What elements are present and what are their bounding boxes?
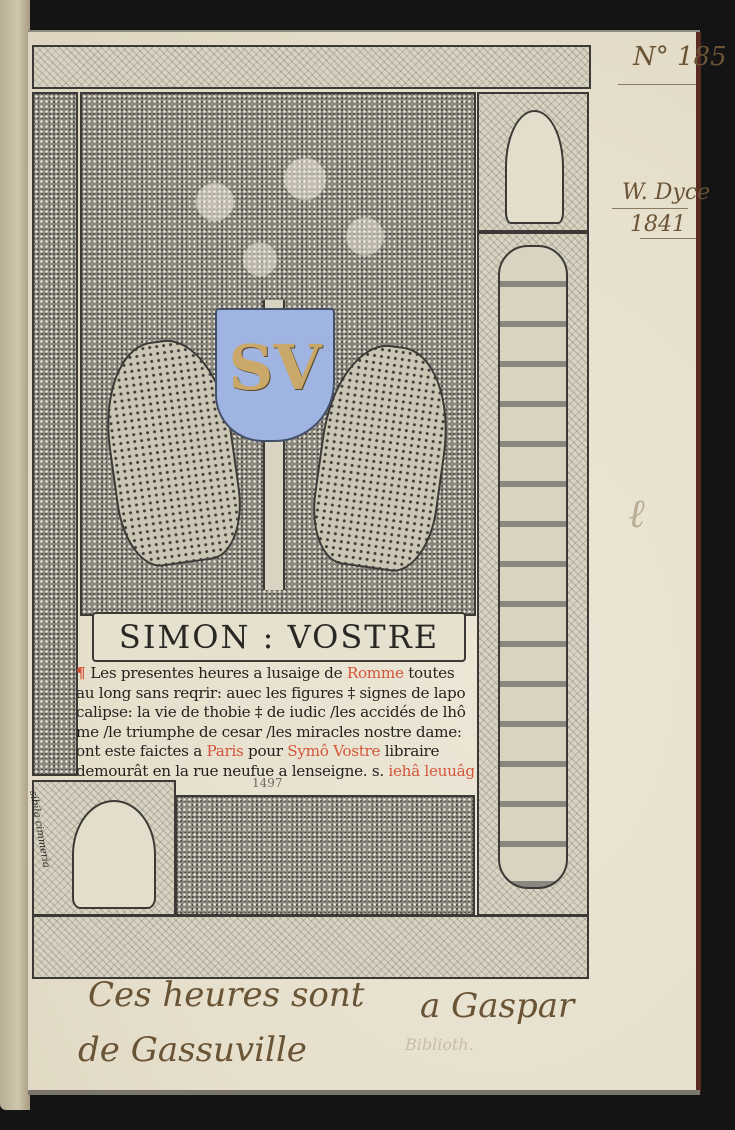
colophon-text-run: libraire — [380, 742, 439, 760]
underline — [640, 238, 696, 239]
colophon-line: ont este faictes a Paris pour Symô Vostr… — [76, 742, 474, 762]
colophon-line: me /le triumphe de cesar /les miracles n… — [76, 723, 474, 743]
colophon-line: ¶ Les presentes heures a lusaige de Romm… — [76, 664, 474, 684]
rubricated-word: Symô Vostre — [287, 742, 380, 760]
base-ornamental-frieze — [32, 915, 589, 979]
sv-monogram: SV — [217, 328, 333, 408]
colophon-text-run: ¶ — [76, 664, 90, 682]
ownership-inscription-line2: de Gassuville — [78, 1030, 307, 1070]
colophon-text-run: demourât en la rue neufue a lenseigne. s… — [76, 762, 388, 780]
ownership-inscription-line1: Ces heures sont — [88, 975, 364, 1015]
printer-name: SIMON : VOSTRE — [94, 618, 464, 656]
rubricated-word: Paris — [207, 742, 244, 760]
owner-year: 1841 — [630, 212, 686, 237]
colophon-line: au long sans reqrir: auec les figures ‡ … — [76, 684, 474, 704]
underline — [618, 84, 696, 85]
faint-library-stamp: Biblioth. — [405, 1035, 474, 1054]
colophon-line: calipse: la vie de thobie ‡ de iudic /le… — [76, 703, 474, 723]
rubricated-word: Romme — [347, 664, 404, 682]
ownership-inscription-right: a Gaspar — [420, 986, 574, 1026]
pencil-date-mark: 1497 — [252, 776, 283, 790]
colophon-text-run: Les presentes heures a lusaige de — [90, 664, 346, 682]
colophon-text-run: toutes — [404, 664, 455, 682]
colophon-text-run: au long sans reqrir: auec les figures ‡ … — [76, 684, 465, 702]
underline — [612, 208, 688, 209]
crowned-saint-figure — [505, 110, 564, 224]
colophon-text: ¶ Les presentes heures a lusaige de Romm… — [76, 664, 474, 781]
pencil-loop-mark: ℓ — [628, 490, 645, 537]
sibyl-with-sword-figure — [72, 800, 156, 909]
owner-signature: W. Dyce — [622, 180, 710, 205]
page-bottom-edge — [28, 1090, 700, 1095]
colophon-text-run: calipse: la vie de thobie ‡ de iudic /le… — [76, 703, 466, 721]
colophon-text-run: ont este faictes a — [76, 742, 207, 760]
colophon-text-run: me /le triumphe de cesar /les miracles n… — [76, 723, 462, 741]
top-ornamental-frieze — [32, 45, 591, 89]
left-ornamental-border — [32, 92, 78, 776]
facing-page-edge — [0, 0, 30, 1110]
bottom-floral-panel — [175, 795, 475, 916]
printer-name-banner: SIMON : VOSTRE — [92, 612, 466, 662]
heraldic-shield: SV — [215, 308, 335, 442]
candelabra-urn-ornament — [498, 245, 568, 889]
rubricated-word: iehâ leuuâgel. — [388, 762, 474, 780]
colophon-text-run: pour — [244, 742, 288, 760]
shelf-number-note: N° 185 — [633, 42, 727, 72]
